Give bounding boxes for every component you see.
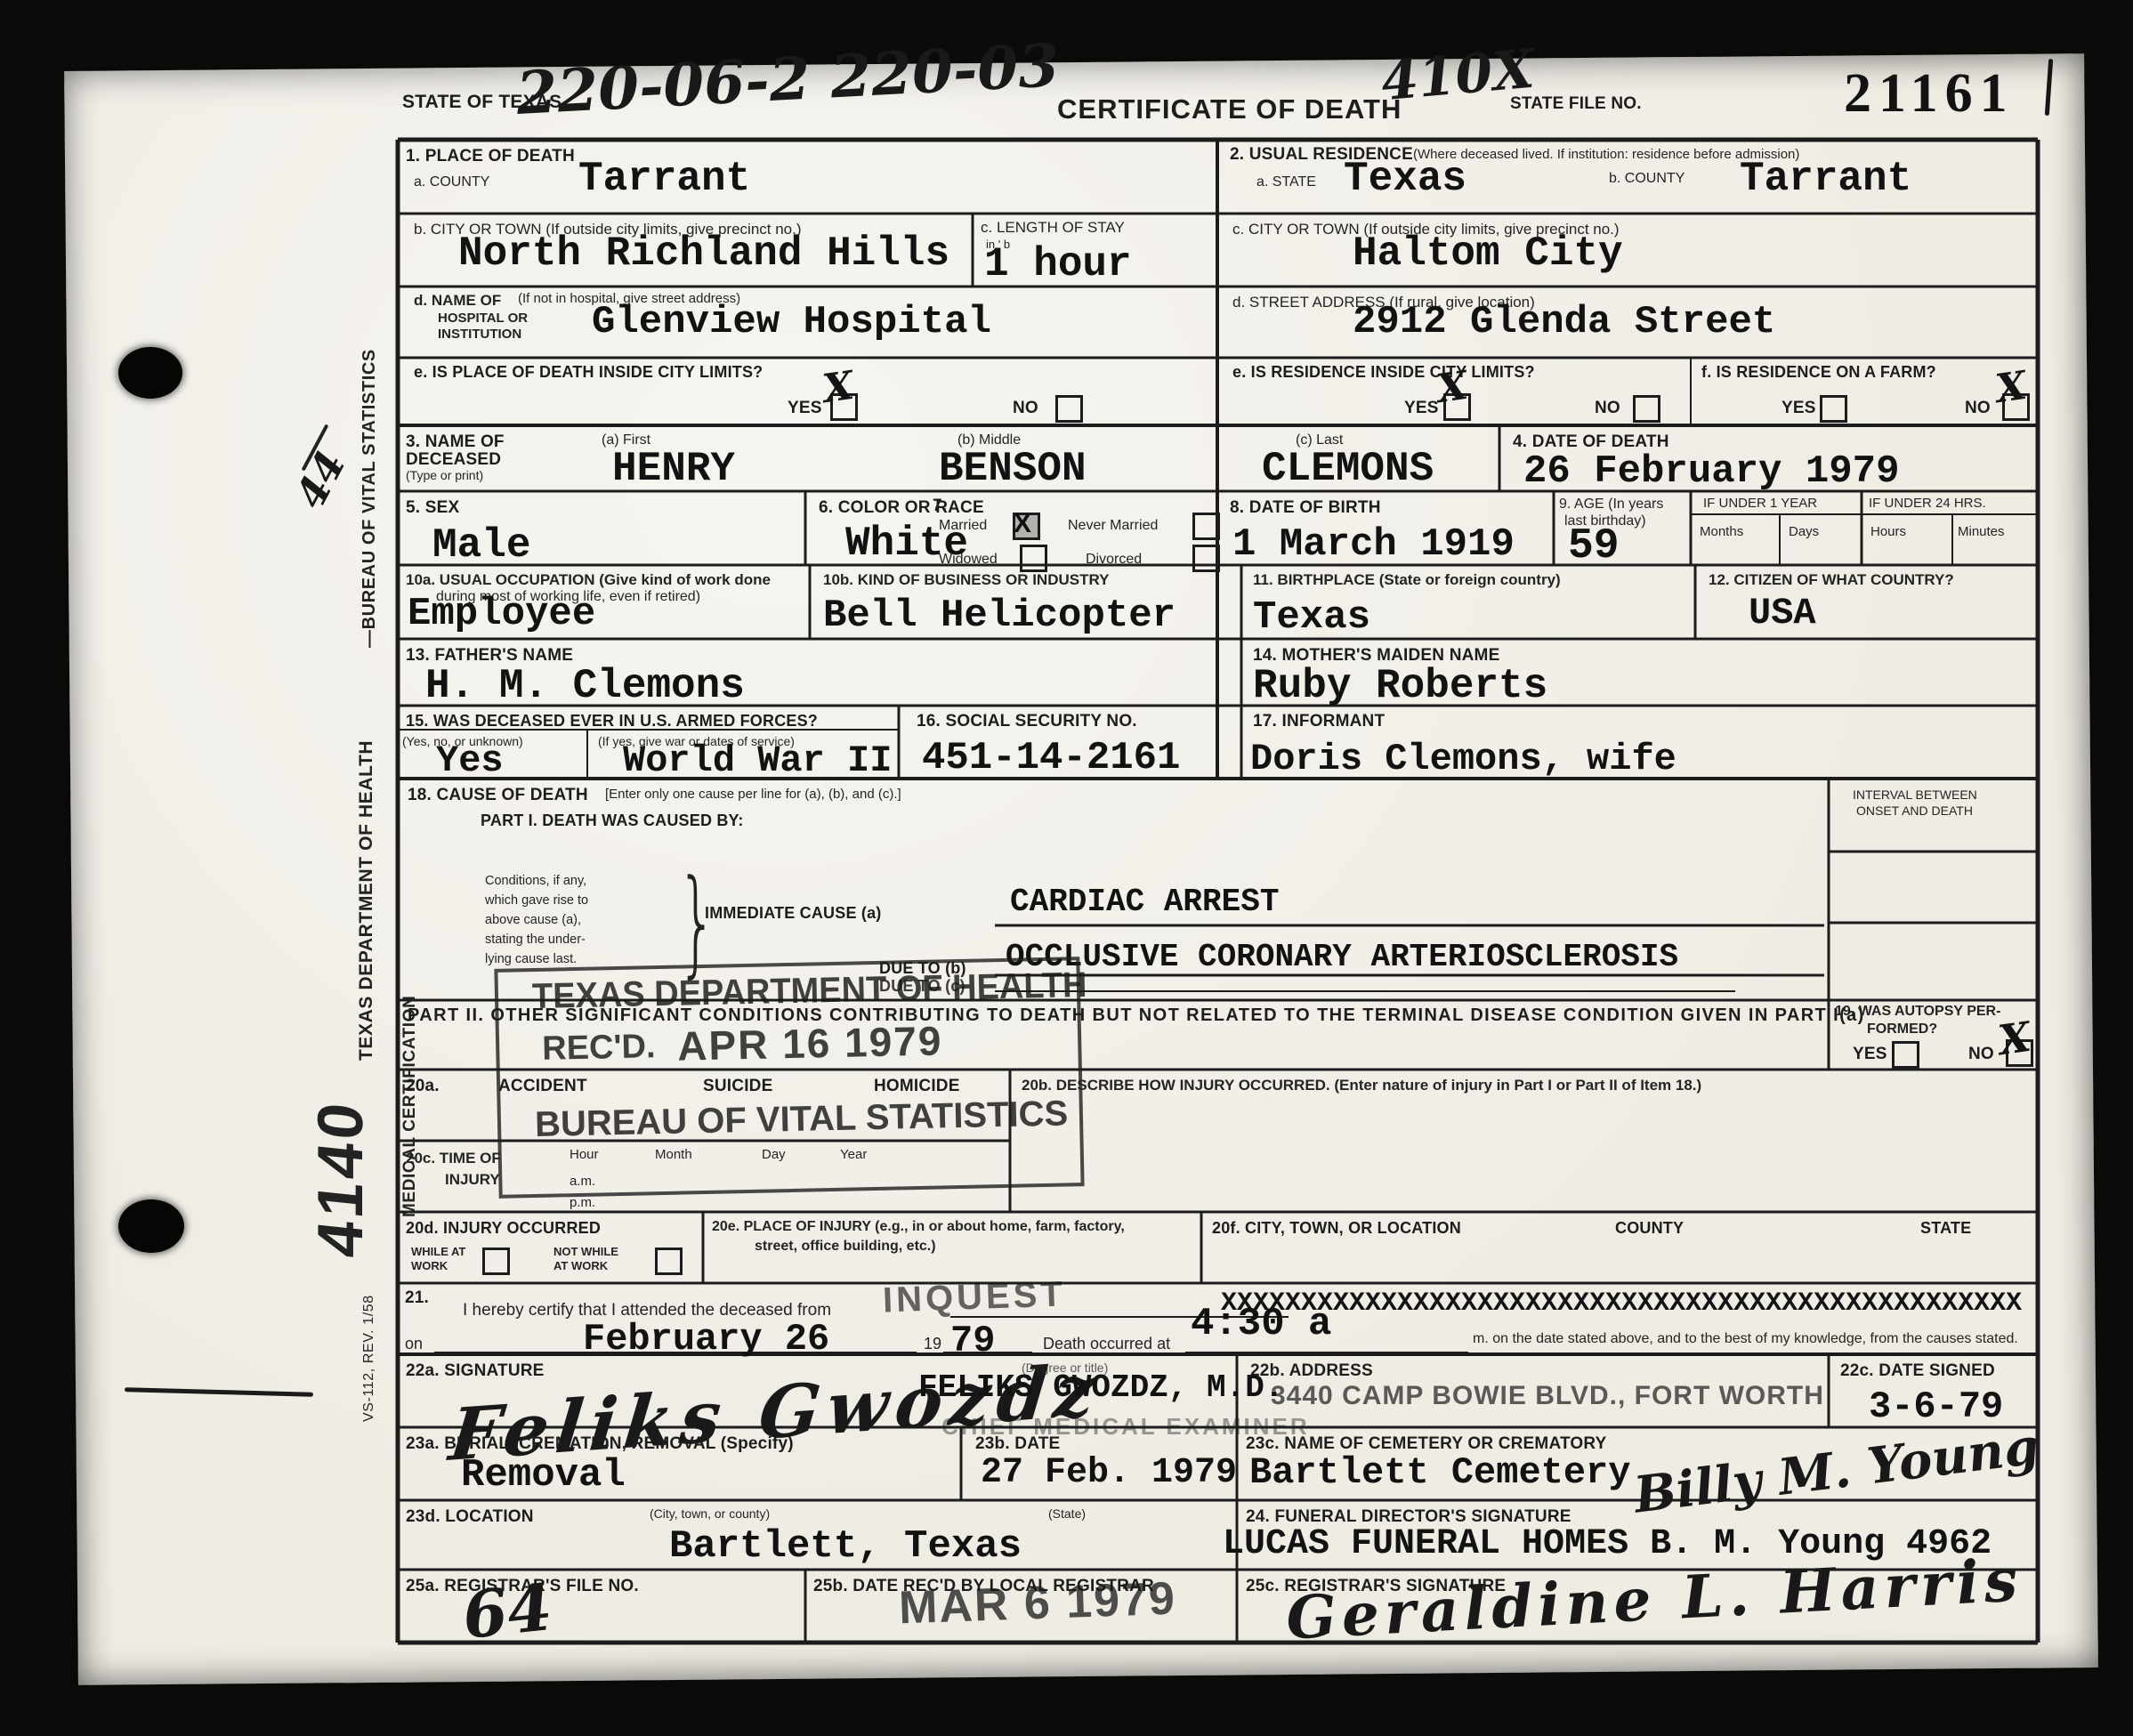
- certificate-number: 21161: [1844, 62, 2015, 125]
- place-limits-yes-checkmark: X: [820, 363, 857, 412]
- location-sub2: (State): [1048, 1507, 1086, 1522]
- sex-value: Male: [432, 525, 530, 566]
- received-stamp-recd: REC'D.: [542, 1028, 656, 1069]
- residence-city-value: Haltom City: [1353, 233, 1623, 274]
- attended-from-date: February 26: [583, 1320, 829, 1358]
- on-label: on: [405, 1335, 423, 1352]
- form-code-vertical-text: VS-112, REV. 1/58: [361, 1295, 377, 1422]
- residence-limits-label: e. IS RESIDENCE INSIDE CITY LIMITS?: [1232, 363, 1535, 381]
- injury-state-label: STATE: [1920, 1219, 1971, 1237]
- not-while-label: NOT WHILE: [553, 1246, 618, 1259]
- length-of-stay-value: 1 hour: [984, 244, 1132, 285]
- am-label: a.m.: [570, 1175, 595, 1190]
- examiner-name-typed: FELIKS GWOZDZ, M.D.: [918, 1372, 1283, 1404]
- name-label3: (Type or print): [406, 469, 483, 483]
- injury-20a-label: 20a.: [406, 1077, 440, 1095]
- autopsy-label2: FORMED?: [1867, 1021, 1937, 1038]
- interval-label1: INTERVAL BETWEEN: [1853, 788, 1977, 803]
- place-limits-yes-label: YES: [788, 399, 822, 417]
- ssn-value: 451-14-2161: [922, 739, 1180, 778]
- burial-label: 23a. BURIAL, CREMATION, REMOVAL (Specify…: [406, 1434, 794, 1453]
- occupation-value: Employee: [408, 594, 595, 634]
- length-of-stay-label: c. LENGTH OF STAY: [981, 219, 1125, 236]
- age-label1: 9. AGE (In years: [1559, 497, 1663, 513]
- injury-20c-label2: INJURY: [445, 1171, 500, 1188]
- residence-county-label: b. COUNTY: [1609, 171, 1685, 187]
- burial-date-label: 23b. DATE: [975, 1434, 1060, 1453]
- middle-name-value: BENSON: [939, 448, 1087, 489]
- under-24-hrs-label: IF UNDER 24 HRS.: [1869, 497, 1986, 512]
- date-signed-label: 22c. DATE SIGNED: [1840, 1361, 1995, 1380]
- month-label: Month: [655, 1148, 692, 1163]
- minutes-label: Minutes: [1958, 525, 2005, 540]
- cemetery-value: Bartlett Cemetery: [1249, 1454, 1630, 1491]
- date-received-stamp: MAR 6 1979: [898, 1572, 1177, 1635]
- hospital-label: d. NAME OF: [414, 292, 501, 309]
- state-file-no-label: STATE FILE NO.: [1510, 94, 1642, 113]
- name-label1: 3. NAME OF: [406, 432, 505, 451]
- name-label2: DECEASED: [406, 450, 501, 469]
- business-value: Bell Helicopter: [823, 596, 1176, 635]
- medical-certification-vertical-text: MEDICAL CERTIFICATION: [400, 996, 420, 1217]
- suicide-label: SUICIDE: [703, 1077, 772, 1095]
- death-time-value: 4:30 a: [1191, 1304, 1331, 1344]
- injury-county-label: COUNTY: [1615, 1219, 1684, 1237]
- sex-label: 5. SEX: [406, 498, 459, 517]
- residence-farm-no-label: NO: [1965, 399, 1991, 417]
- certificate-content: STATE OF TEXAS 220-06-2 220-03 CERTIFICA…: [0, 0, 2133, 1736]
- married-checkmark: X: [1014, 509, 1031, 539]
- year-prefix-label: 19: [924, 1335, 941, 1352]
- conditions-note-line3: above cause (a),: [485, 913, 581, 927]
- months-label: Months: [1700, 525, 1743, 540]
- part1-label: PART I. DEATH WAS CAUSED BY:: [481, 811, 744, 829]
- conditions-note-line2: which gave rise to: [485, 893, 588, 908]
- location-value: Bartlett, Texas: [669, 1527, 1022, 1566]
- conditions-note-line1: Conditions, if any,: [485, 874, 586, 888]
- residence-farm-no-checkmark: X: [1993, 363, 2030, 412]
- residence-farm-yes-checkbox[interactable]: [1820, 395, 1847, 423]
- autopsy-yes-label: YES: [1853, 1045, 1887, 1063]
- residence-limits-no-label: NO: [1595, 399, 1620, 417]
- crossed-out-x-row: XXXXXXXXXXXXXXXXXXXXXXXXXXXXXXXXXXXXXXXX…: [1221, 1288, 2022, 1319]
- place-limits-no-checkbox[interactable]: [1055, 395, 1083, 423]
- accident-label: ACCIDENT: [498, 1077, 587, 1095]
- age-value: 59: [1568, 525, 1620, 568]
- not-while-at-work-checkbox[interactable]: [655, 1247, 683, 1275]
- item-21-label: 21.: [405, 1288, 429, 1307]
- certify-tail-text: m. on the date stated above, and to the …: [1473, 1331, 2018, 1347]
- burial-date-value: 27 Feb. 1979: [981, 1456, 1237, 1491]
- divorced-checkbox[interactable]: [1192, 545, 1220, 572]
- race-label: 6. COLOR OR RACE: [819, 498, 984, 517]
- married-label: Married: [939, 518, 987, 534]
- informant-label: 17. INFORMANT: [1253, 712, 1385, 731]
- residence-state-value: Texas: [1344, 158, 1466, 199]
- under-1-year-label: IF UNDER 1 YEAR: [1703, 497, 1817, 512]
- handwritten-4140: 4140: [304, 1096, 377, 1261]
- interval-label2: ONSET AND DEATH: [1856, 804, 1973, 819]
- punch-hole-top: [118, 347, 182, 399]
- hours-label: Hours: [1870, 525, 1906, 540]
- cause-section-note: [Enter only one cause per line for (a), …: [605, 787, 901, 803]
- inquest-stamp: INQUEST: [882, 1274, 1066, 1320]
- injury-20e-label2: street, office building, etc.): [755, 1239, 936, 1255]
- signature-label: 22a. SIGNATURE: [406, 1361, 545, 1380]
- injury-20b-label: 20b. DESCRIBE HOW INJURY OCCURRED. (Ente…: [1022, 1077, 1701, 1094]
- birthplace-value: Texas: [1253, 598, 1370, 637]
- injury-20f-label: 20f. CITY, TOWN, OR LOCATION: [1212, 1219, 1461, 1237]
- occupation-label1: 10a. USUAL OCCUPATION (Give kind of work…: [406, 571, 771, 588]
- place-limits-no-label: NO: [1013, 399, 1038, 417]
- immediate-cause-value: CARDIAC ARREST: [1010, 886, 1279, 918]
- while-at-work-checkbox[interactable]: [482, 1247, 510, 1275]
- work-label: WORK: [411, 1260, 448, 1273]
- bureau-vertical-text: —BUREAU OF VITAL STATISTICS: [360, 349, 380, 648]
- place-county-value: Tarrant: [578, 158, 750, 199]
- county-label: a. COUNTY: [414, 174, 489, 190]
- immediate-cause-label: IMMEDIATE CAUSE (a): [705, 904, 881, 922]
- address-label: 22b. ADDRESS: [1250, 1361, 1373, 1380]
- residence-farm-label: f. IS RESIDENCE ON A FARM?: [1701, 363, 1936, 381]
- conditions-note-line5: lying cause last.: [485, 952, 577, 966]
- injury-20c-label1: 20c. TIME OF: [406, 1150, 501, 1167]
- injury-20d-label: 20d. INJURY OCCURRED: [406, 1219, 601, 1237]
- location-sub1: (City, town, or county): [650, 1507, 770, 1522]
- department-vertical-text: TEXAS DEPARTMENT OF HEALTH: [356, 740, 377, 1061]
- certificate-title: CERTIFICATE OF DEATH: [1057, 94, 1402, 125]
- autopsy-label1: 19. WAS AUTOPSY PER-: [1835, 1004, 2000, 1020]
- never-married-label: Never Married: [1068, 518, 1158, 534]
- registrar-file-value: 64: [459, 1569, 556, 1653]
- location-label: 23d. LOCATION: [406, 1507, 534, 1526]
- widowed-label: Widowed: [939, 552, 998, 568]
- scanned-death-certificate: STATE OF TEXAS 220-06-2 220-03 CERTIFICA…: [0, 0, 2133, 1736]
- due-to-b-value: OCCLUSIVE CORONARY ARTERIOSCLEROSIS: [1006, 941, 1678, 973]
- cause-section-label: 18. CAUSE OF DEATH: [408, 786, 588, 804]
- father-value: H. M. Clemons: [425, 666, 745, 707]
- days-label: Days: [1789, 525, 1819, 540]
- residence-limits-no-checkbox[interactable]: [1633, 395, 1660, 423]
- date-of-death-value: 26 February 1979: [1523, 452, 1899, 491]
- armed-forces-label: 15. WAS DECEASED EVER IN U.S. ARMED FORC…: [406, 712, 818, 730]
- year-value: 79: [950, 1322, 995, 1360]
- mother-value: Ruby Roberts: [1253, 666, 1547, 707]
- burial-value: Removal: [461, 1456, 626, 1495]
- citizen-label: 12. CITIZEN OF WHAT COUNTRY?: [1709, 571, 1954, 588]
- residence-street-value: 2912 Glenda Street: [1353, 303, 1775, 342]
- autopsy-yes-checkbox[interactable]: [1892, 1041, 1919, 1069]
- birthplace-label: 11. BIRTHPLACE (State or foreign country…: [1253, 571, 1561, 588]
- received-stamp-date: APR 16 1979: [677, 1016, 943, 1070]
- autopsy-no-checkmark: X: [1995, 1013, 2033, 1064]
- pm-label: p.m.: [570, 1196, 595, 1211]
- year-label: Year: [840, 1148, 867, 1163]
- punch-hole-bottom: [118, 1199, 184, 1253]
- residence-limits-yes-label: YES: [1404, 399, 1439, 417]
- address-value: 3440 CAMP BOWIE BLVD., FORT WORTH: [1271, 1381, 1824, 1411]
- business-label: 10b. KIND OF BUSINESS OR INDUSTRY: [823, 571, 1109, 588]
- received-stamp-line3: BUREAU OF VITAL STATISTICS: [535, 1094, 1069, 1145]
- informant-value: Doris Clemons, wife: [1250, 740, 1677, 778]
- while-at-label: WHILE AT: [411, 1246, 465, 1259]
- hospital-label3: INSTITUTION: [438, 327, 521, 343]
- received-stamp-line1: TEXAS DEPARTMENT OF HEALTH: [532, 965, 1087, 1017]
- homicide-label: HOMICIDE: [874, 1077, 960, 1095]
- date-of-birth-value: 1 March 1919: [1232, 525, 1515, 564]
- conditions-note-line4: stating the under-: [485, 933, 586, 947]
- residence-farm-yes-label: YES: [1782, 399, 1816, 417]
- date-signed-value: 3-6-79: [1869, 1388, 2003, 1425]
- hospital-label2: HOSPITAL OR: [438, 311, 528, 327]
- residence-county-value: Tarrant: [1740, 158, 1911, 199]
- at-work-label: AT WORK: [553, 1260, 608, 1273]
- place-city-value: North Richland Hills: [458, 233, 949, 274]
- never-married-checkbox[interactable]: [1192, 513, 1220, 540]
- residence-limits-yes-checkmark: X: [1434, 363, 1471, 412]
- residence-state-label: a. STATE: [1256, 174, 1316, 190]
- place-city-limits-label: e. IS PLACE OF DEATH INSIDE CITY LIMITS?: [414, 363, 763, 381]
- injury-20e-label1: 20e. PLACE OF INJURY (e.g., in or about …: [712, 1219, 1125, 1235]
- last-name-value: CLEMONS: [1262, 448, 1434, 489]
- marital-label: 7.: [933, 497, 947, 515]
- hospital-value: Glenview Hospital: [592, 303, 991, 342]
- hour-label: Hour: [570, 1148, 599, 1163]
- citizen-value: USA: [1749, 594, 1816, 632]
- divorced-label: Divorced: [1086, 552, 1142, 568]
- ssn-label: 16. SOCIAL SECURITY NO.: [917, 712, 1137, 731]
- place-of-death-section-label: 1. PLACE OF DEATH: [406, 147, 575, 166]
- widowed-checkbox[interactable]: [1020, 545, 1047, 572]
- autopsy-no-label: NO: [1968, 1045, 1994, 1063]
- war-value: World War II: [623, 742, 892, 779]
- armed-forces-value: Yes: [436, 742, 504, 779]
- first-name-value: HENRY: [612, 448, 735, 489]
- day-label: Day: [762, 1148, 786, 1163]
- date-of-birth-label: 8. DATE OF BIRTH: [1230, 498, 1381, 517]
